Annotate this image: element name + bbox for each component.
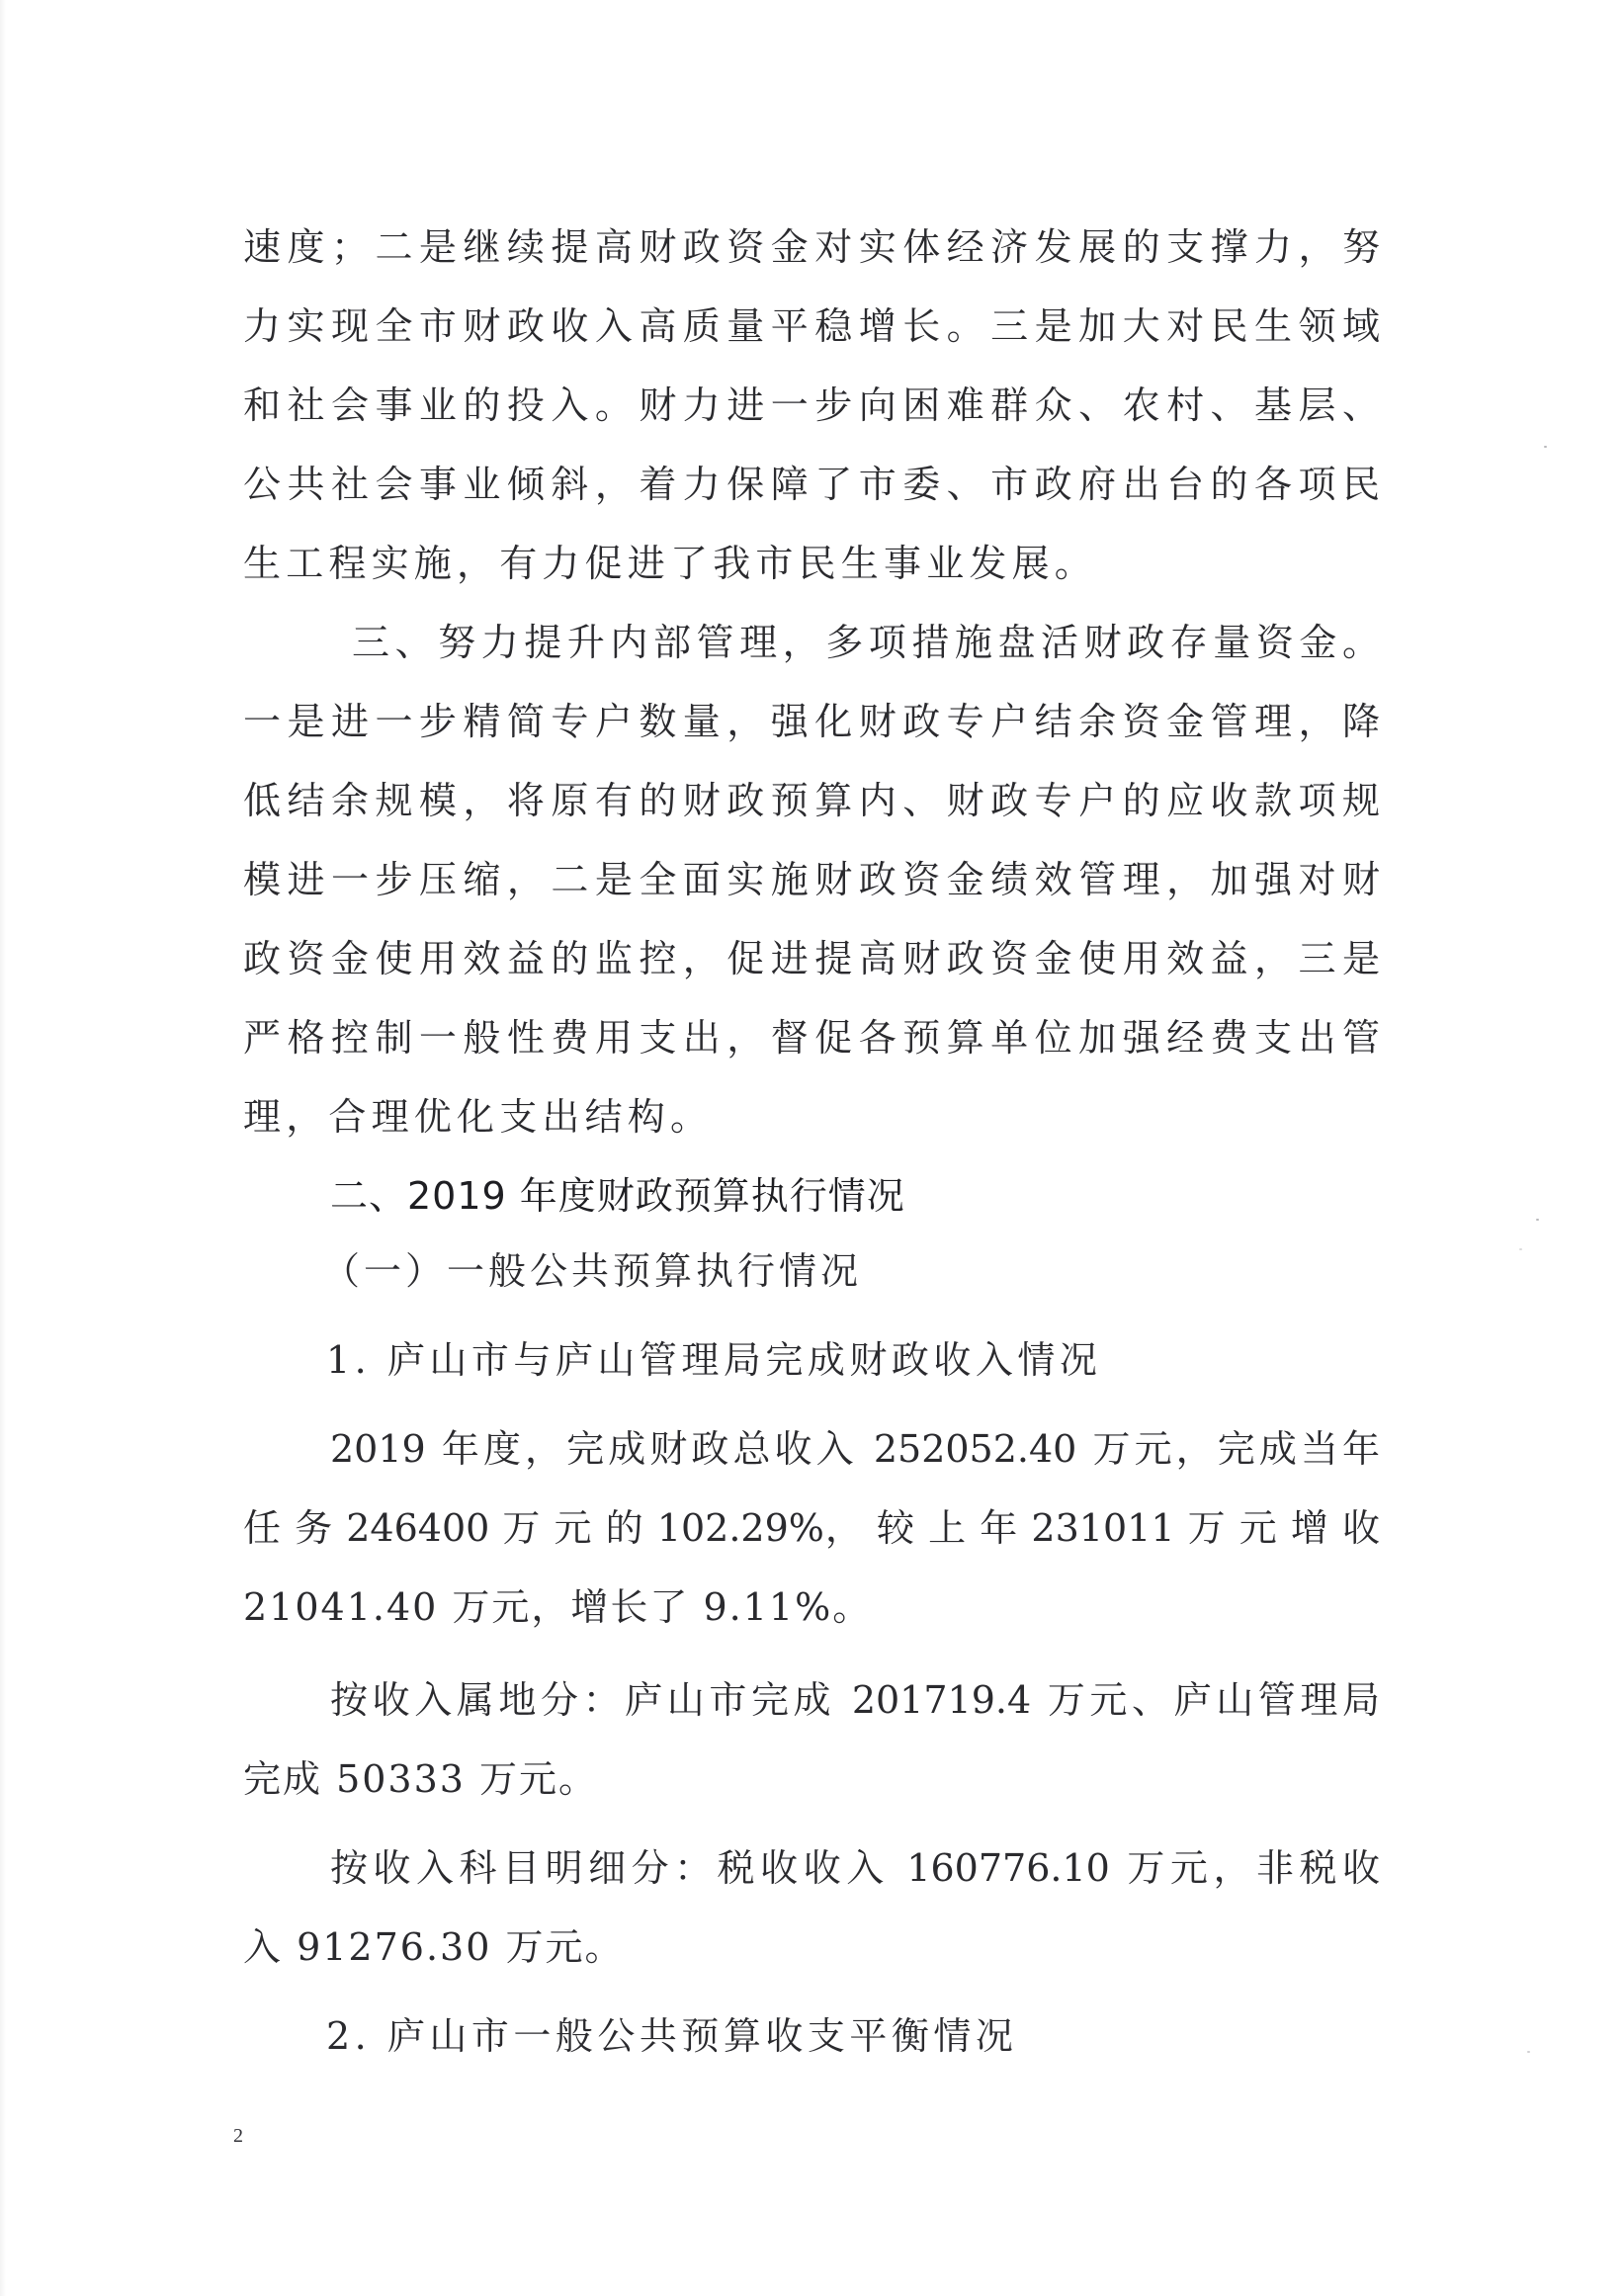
subheading-general-budget: （一）一般公共预算执行情况 <box>322 1247 1459 1295</box>
scan-edge-shadow <box>0 0 6 2296</box>
item-2-title: 2. 庐山市一般公共预算收支平衡情况 <box>326 2012 1463 2060</box>
scan-speck <box>1527 2051 1530 2053</box>
body-line: 按收入属地分：庐山市完成 201719.4 万元、庐山管理局 <box>330 1676 1380 1724</box>
body-line: 低结余规模，将原有的财政预算内、财政专户的应收款项规 <box>243 777 1380 824</box>
body-line: 政资金使用效益的监控，促进提高财政资金使用效益，三是 <box>243 935 1380 982</box>
page-number: 2 <box>233 2125 243 2148</box>
scan-speck <box>1519 1248 1522 1250</box>
body-line: 任 务 246400 万 元 的 102.29%， 较 上 年 231011 万… <box>243 1504 1380 1552</box>
body-line: 和社会事业的投入。财力进一步向困难群众、农村、基层、 <box>243 382 1380 429</box>
scan-speck <box>1544 446 1547 448</box>
document-page: 速度；二是继续提高财政资金对实体经济发展的支撑力，努 力实现全市财政收入高质量平… <box>0 0 1623 2296</box>
body-line: 生工程实施，有力促进了我市民生事业发展。 <box>243 540 1380 587</box>
item-1-title: 1. 庐山市与庐山管理局完成财政收入情况 <box>326 1336 1463 1384</box>
body-line: 按收入科目明细分：税收收入 160776.10 万元，非税收 <box>330 1844 1380 1892</box>
body-line: 力实现全市财政收入高质量平稳增长。三是加大对民生领域 <box>243 302 1380 350</box>
body-line: 模进一步压缩，二是全面实施财政资金绩效管理，加强对财 <box>243 856 1380 903</box>
body-line: 公共社会事业倾斜，着力保障了市委、市政府出台的各项民 <box>243 461 1380 508</box>
scan-speck <box>1536 1219 1539 1221</box>
body-line: 入 91276.30 万元。 <box>243 1923 1380 1971</box>
section-heading-2019-budget: 二、2019 年度财政预算执行情况 <box>330 1172 1467 1220</box>
body-line: 一是进一步精简专户数量，强化财政专户结余资金管理，降 <box>243 698 1380 745</box>
body-line: 完成 50333 万元。 <box>243 1755 1380 1803</box>
body-line: 2019 年度，完成财政总收入 252052.40 万元，完成当年 <box>330 1425 1380 1473</box>
body-line: 严格控制一般性费用支出，督促各预算单位加强经费支出管 <box>243 1014 1380 1062</box>
body-line: 理，合理优化支出结构。 <box>243 1093 1380 1141</box>
body-line: 速度；二是继续提高财政资金对实体经济发展的支撑力，努 <box>243 223 1380 271</box>
section-three-heading: 三、努力提升内部管理，多项措施盘活财政存量资金。 <box>352 619 1380 666</box>
body-line: 21041.40 万元，增长了 9.11%。 <box>243 1583 1380 1631</box>
